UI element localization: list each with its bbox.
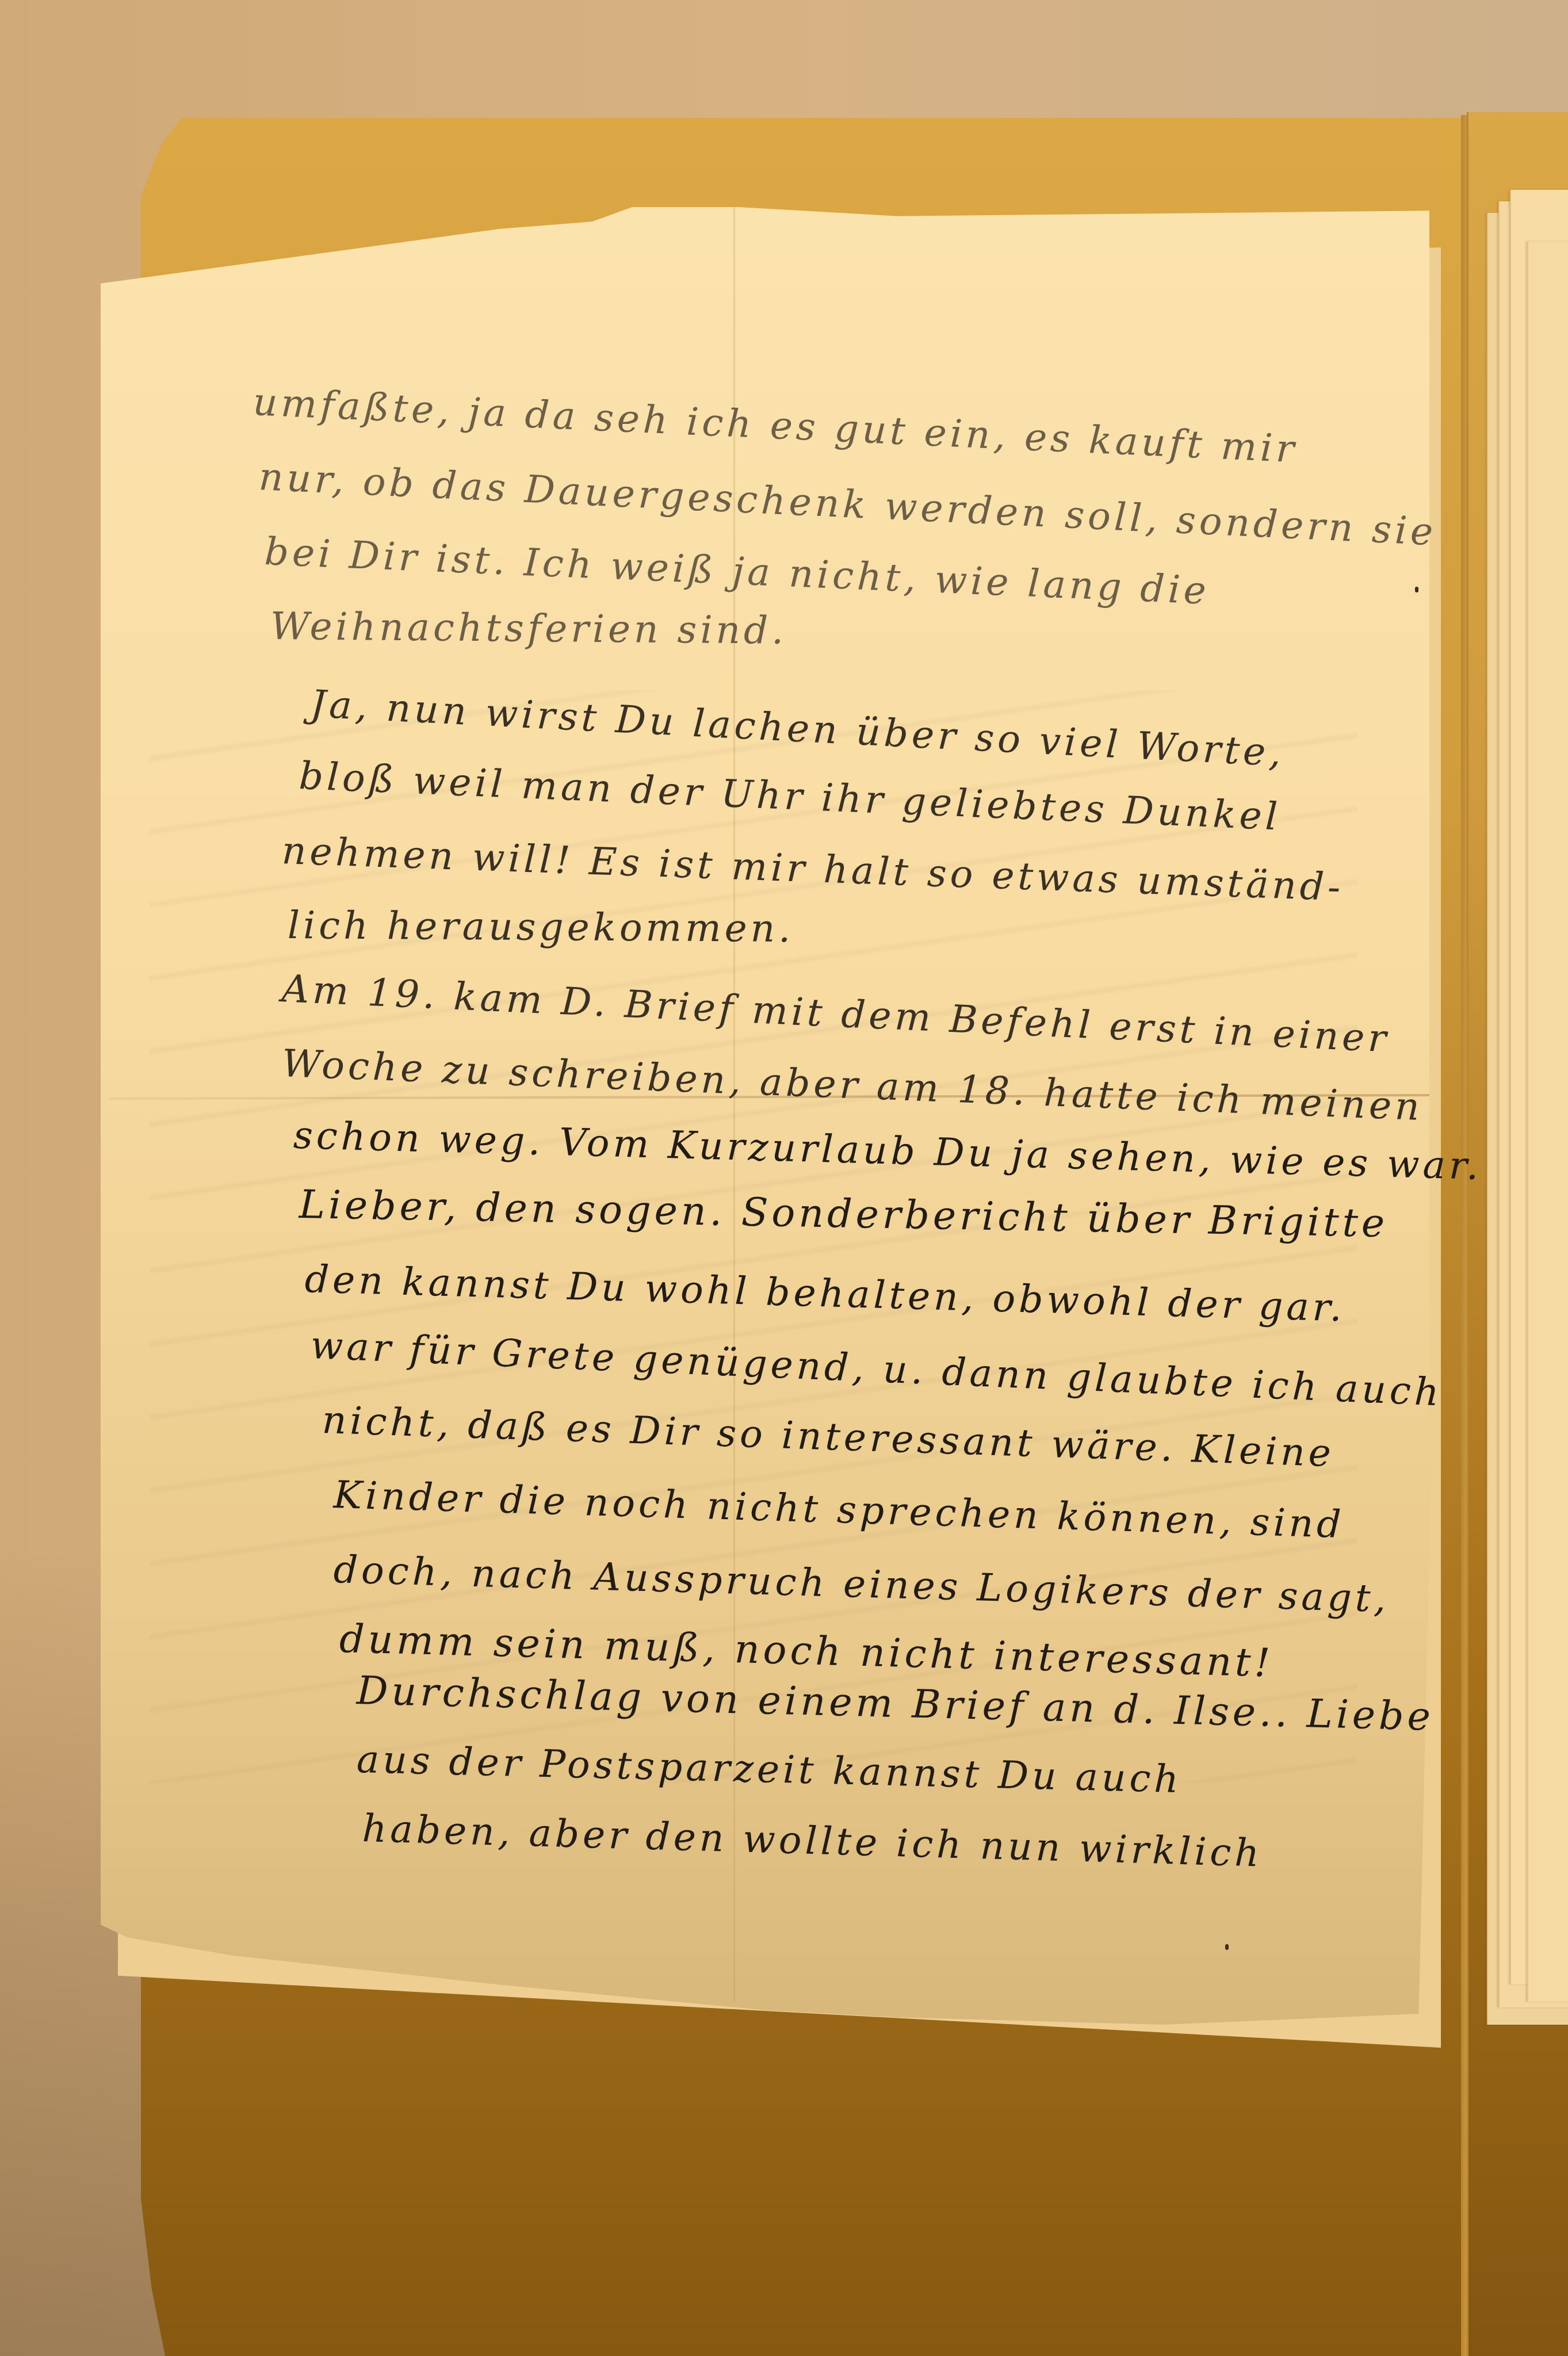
stacked-papers bbox=[1487, 190, 1568, 2025]
ink-speck bbox=[1225, 1944, 1229, 1950]
ink-speck bbox=[1415, 587, 1418, 592]
letter-line: lich herausgekommen. bbox=[288, 903, 794, 951]
letter-line: Weihnachtsferien sind. bbox=[270, 604, 787, 653]
stacked-sheet bbox=[1527, 242, 1568, 2002]
